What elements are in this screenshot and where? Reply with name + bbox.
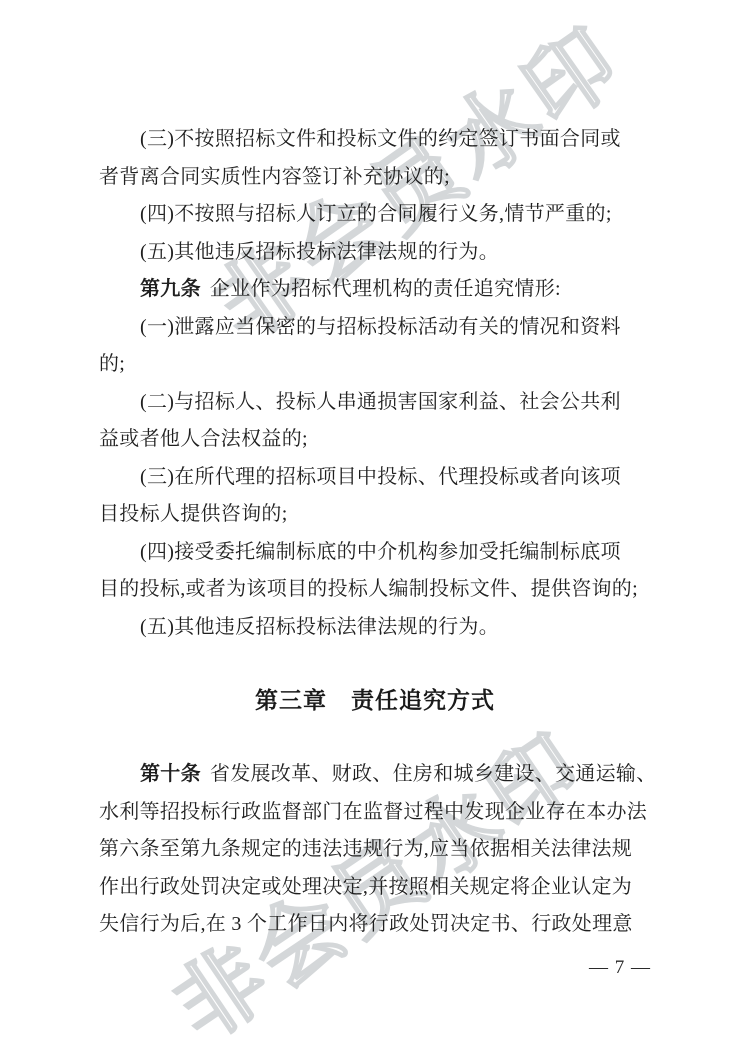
doc-line: 的;: [99, 346, 651, 384]
doc-line: (四)接受委托编制标底的中介机构参加受托编制标底项: [99, 534, 651, 572]
doc-line-text: 省发展改革、财政、住房和城乡建设、交通运输、: [210, 763, 657, 785]
doc-line: 水利等招投标行政监督部门在监督过程中发现企业存在本办法: [99, 794, 651, 832]
doc-line: (二)与招标人、投标人串通损害国家利益、社会公共利: [99, 384, 651, 422]
document-body: (三)不按照招标文件和投标文件的约定签订书面合同或 者背离合同实质性内容签订补充…: [99, 0, 651, 986]
doc-line: 目投标人提供咨询的;: [99, 496, 651, 534]
doc-line-article-9: 第九条企业作为招标代理机构的责任追究情形:: [99, 271, 651, 309]
doc-line: (三)不按照招标文件和投标文件的约定签订书面合同或: [99, 121, 651, 159]
page-number: — 7 —: [99, 949, 651, 986]
doc-line: (五)其他违反招标投标法律法规的行为。: [99, 234, 651, 272]
article-number: 第九条: [140, 278, 201, 300]
doc-line: 目的投标,或者为该项目的投标人编制投标文件、提供咨询的;: [99, 571, 651, 609]
doc-line: 作出行政处罚决定或处理决定,并按照相关规定将企业认定为: [99, 869, 651, 907]
scanned-document-page: 非会员水印 非会员水印 (三)不按照招标文件和投标文件的约定签订书面合同或 者背…: [0, 0, 750, 1061]
doc-line: 者背离合同实质性内容签订补充协议的;: [99, 159, 651, 197]
article-10-paragraph: 第十条省发展改革、财政、住房和城乡建设、交通运输、 水利等招投标行政监督部门在监…: [99, 756, 651, 944]
doc-line: 失信行为后,在 3 个工作日内将行政处罚决定书、行政处理意: [99, 906, 651, 944]
doc-line-text: 企业作为招标代理机构的责任追究情形:: [210, 278, 561, 300]
article-number: 第十条: [140, 763, 201, 785]
doc-line: (三)在所代理的招标项目中投标、代理投标或者向该项: [99, 459, 651, 497]
doc-line-article-10: 第十条省发展改革、财政、住房和城乡建设、交通运输、: [99, 756, 651, 794]
chapter-heading: 第三章 责任追究方式: [99, 681, 651, 719]
doc-line: 第六条至第九条规定的违法违规行为,应当依据相关法律法规: [99, 831, 651, 869]
doc-line: 益或者他人合法权益的;: [99, 421, 651, 459]
doc-line: (四)不按照与招标人订立的合同履行义务,情节严重的;: [99, 196, 651, 234]
doc-line: (一)泄露应当保密的与招标投标活动有关的情况和资料: [99, 309, 651, 347]
doc-line: (五)其他违反招标投标法律法规的行为。: [99, 609, 651, 647]
